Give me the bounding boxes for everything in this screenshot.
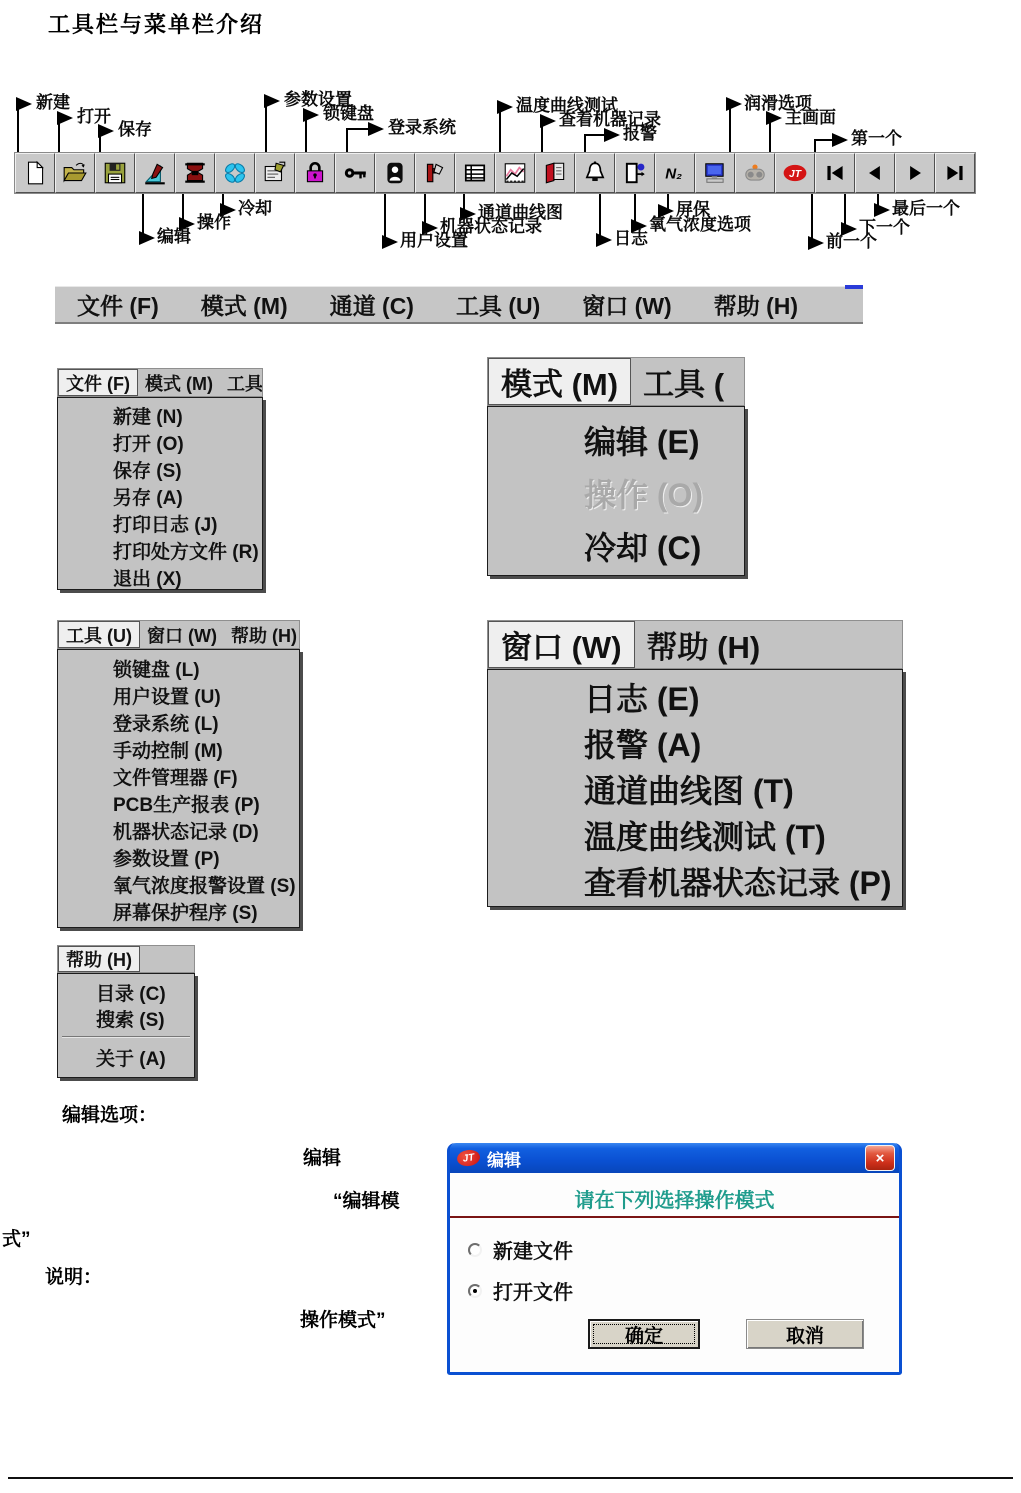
tab-help2[interactable]: 帮助 (H) xyxy=(635,621,773,668)
note-operate-mode: 操作模式” xyxy=(300,1305,386,1332)
callout-operate: 操作 xyxy=(197,213,231,233)
menu-item-param-settings[interactable]: 参数设置 (P) xyxy=(58,844,299,871)
callout-log: 日志 xyxy=(614,229,648,249)
tab-file[interactable]: 文件 (F) xyxy=(58,369,138,396)
edit-dialog: JT 编辑 × 请在下列选择操作模式 新建文件 打开文件 确定 取消 xyxy=(447,1143,902,1375)
callout-open: 打开 xyxy=(77,107,111,127)
tab-help-open[interactable]: 帮助 (H) xyxy=(58,946,140,972)
user-settings-button[interactable] xyxy=(375,153,415,193)
menu-item-machine-record[interactable]: 机器状态记录 (D) xyxy=(58,817,299,844)
last-button[interactable] xyxy=(935,153,975,193)
ok-button[interactable]: 确定 xyxy=(588,1319,700,1349)
callout-last: 最后一个 xyxy=(892,199,960,219)
menubar-item-tools[interactable]: 工具 (U) xyxy=(456,288,540,321)
tools-menu: 工具 (U) 窗口 (W) 帮助 (H) 锁键盘 (L) 用户设置 (U) 登录… xyxy=(57,620,300,928)
key-icon xyxy=(342,160,368,186)
svg-text:JT: JT xyxy=(789,169,802,180)
radio-new-file[interactable]: 新建文件 xyxy=(468,1235,573,1264)
menu-item-operate: 操作 (O) xyxy=(488,466,744,519)
menubar-item-help[interactable]: 帮助 (H) xyxy=(714,288,798,321)
callout-lock-keyboard: 锁键盘 xyxy=(323,104,374,124)
menu-item-exit[interactable]: 退出 (X) xyxy=(58,564,262,591)
prev-button[interactable] xyxy=(855,153,895,193)
cancel-button[interactable]: 取消 xyxy=(746,1319,864,1349)
menu-item-print-recipe[interactable]: 打印处方文件 (R) xyxy=(58,537,262,564)
save-floppy-icon xyxy=(102,160,128,186)
radio-circle-selected[interactable] xyxy=(468,1284,482,1298)
menu-item-save-as[interactable]: 另存 (A) xyxy=(58,483,262,510)
edit-drafting-icon xyxy=(142,160,168,186)
menu-item-lock-keyboard[interactable]: 锁键盘 (L) xyxy=(58,655,299,682)
prev-icon xyxy=(862,160,888,186)
menubar-item-channel[interactable]: 通道 (C) xyxy=(330,288,414,321)
main-screen-button[interactable]: JT xyxy=(775,153,815,193)
menu-item-new[interactable]: 新建 (N) xyxy=(58,402,262,429)
log-button[interactable] xyxy=(615,153,655,193)
callout-next: 下一个 xyxy=(859,218,910,238)
note-mode-suffix: 式” xyxy=(2,1224,31,1251)
tab-mode[interactable]: 模式 (M) xyxy=(138,369,220,396)
manual-page: 工具栏与菜单栏介绍 xyxy=(0,0,1021,1493)
callout-save: 保存 xyxy=(118,120,152,140)
callout-main-screen: 主画面 xyxy=(785,108,836,128)
menu-item-edit[interactable]: 编辑 (E) xyxy=(488,413,744,466)
tab-tools-open[interactable]: 工具 (U) xyxy=(58,621,140,648)
edit-button[interactable] xyxy=(135,153,175,193)
menu-item-alarm[interactable]: 报警 (A) xyxy=(488,720,902,766)
lock-icon xyxy=(302,160,328,186)
tab-window-open[interactable]: 窗口 (W) xyxy=(488,621,635,668)
dialog-title: 编辑 xyxy=(487,1146,865,1171)
menubar-item-file[interactable]: 文件 (F) xyxy=(77,288,159,321)
new-button[interactable] xyxy=(15,153,55,193)
note-edit-options: 编辑选项： xyxy=(62,1100,157,1127)
callout-edit: 编辑 xyxy=(157,227,191,247)
note-edit: 编辑 xyxy=(303,1143,341,1170)
view-machine-record-button[interactable] xyxy=(535,153,575,193)
param-settings-button[interactable] xyxy=(255,153,295,193)
help-menu: 帮助 (H) 目录 (C) 搜索 (S) 关于 (A) xyxy=(57,945,195,1078)
bell-icon xyxy=(582,160,608,186)
callout-alarm: 报警 xyxy=(623,124,657,144)
menu-item-oxygen-alarm[interactable]: 氧气浓度报警设置 (S) xyxy=(58,871,299,898)
file-menu: 文件 (F) 模式 (M) 工具 新建 (N) 打开 (O) 保存 (S) 另存… xyxy=(57,368,263,590)
tab-tools[interactable]: 工具 xyxy=(220,369,263,396)
menubar-item-window[interactable]: 窗口 (W) xyxy=(582,288,671,321)
channel-curve-button[interactable] xyxy=(455,153,495,193)
tab-tools-clip[interactable]: 工具 ( xyxy=(631,358,736,405)
jt-logo-icon: JT xyxy=(781,160,809,186)
page-title: 工具栏与菜单栏介绍 xyxy=(48,8,264,39)
param-settings-icon xyxy=(262,160,288,186)
menu-item-screensaver[interactable]: 屏幕保护程序 (S) xyxy=(58,898,299,925)
lubrication-icon xyxy=(742,160,768,186)
tools-menu-tabs: 工具 (U) 窗口 (W) 帮助 (H) xyxy=(57,620,300,649)
mode-menu: 模式 (M) 工具 ( 编辑 (E) 操作 (O) 冷却 (C) xyxy=(487,357,745,576)
window-menu: 窗口 (W) 帮助 (H) 日志 (E) 报警 (A) 通道曲线图 (T) 温度… xyxy=(487,620,903,907)
menu-item-log[interactable]: 日志 (E) xyxy=(488,674,902,720)
callout-cool: 冷却 xyxy=(238,199,272,219)
machine-record-button[interactable] xyxy=(415,153,455,193)
note-edit-mode: “编辑模 xyxy=(333,1186,400,1213)
menu-item-file-manager[interactable]: 文件管理器 (F) xyxy=(58,763,299,790)
radio-circle-unselected[interactable] xyxy=(468,1243,482,1257)
close-icon[interactable]: × xyxy=(865,1145,895,1171)
menubar-item-mode[interactable]: 模式 (M) xyxy=(201,288,288,321)
screensaver-button[interactable] xyxy=(695,153,735,193)
operate-button[interactable] xyxy=(175,153,215,193)
oxygen-option-button[interactable]: N₂ xyxy=(655,153,695,193)
menu-item-about[interactable]: 关于 (A) xyxy=(58,1043,194,1071)
tools-menu-panel: 锁键盘 (L) 用户设置 (U) 登录系统 (L) 手动控制 (M) 文件管理器… xyxy=(57,649,300,928)
save-button[interactable] xyxy=(95,153,135,193)
note-explain: 说明： xyxy=(45,1262,102,1289)
menu-item-cool[interactable]: 冷却 (C) xyxy=(488,519,744,572)
menu-separator xyxy=(62,1036,190,1038)
radio-label: 新建文件 xyxy=(493,1235,573,1264)
tab-help[interactable]: 帮助 (H) xyxy=(224,621,300,648)
login-button[interactable] xyxy=(335,153,375,193)
dialog-titlebar[interactable]: JT 编辑 × xyxy=(450,1143,899,1173)
callout-login: 登录系统 xyxy=(388,118,456,138)
first-icon xyxy=(822,160,848,186)
open-folder-icon xyxy=(62,160,88,186)
menu-item-save[interactable]: 保存 (S) xyxy=(58,456,262,483)
callout-screensaver: 屏保 xyxy=(676,200,710,220)
mode-menu-tabs: 模式 (M) 工具 ( xyxy=(487,357,745,406)
next-icon xyxy=(902,160,928,186)
footer-rule xyxy=(8,1477,1013,1479)
menu-item-open[interactable]: 打开 (O) xyxy=(58,429,262,456)
menu-item-search[interactable]: 搜索 (S) xyxy=(58,1005,194,1031)
dialog-body: 请在下列选择操作模式 新建文件 打开文件 确定 取消 xyxy=(450,1173,899,1372)
operate-press-icon xyxy=(182,160,208,186)
open-button[interactable] xyxy=(55,153,95,193)
last-icon xyxy=(942,160,968,186)
lubrication-button[interactable] xyxy=(735,153,775,193)
menu-item-view-record[interactable]: 查看机器状态记录 (P) xyxy=(488,858,902,904)
help-menu-tabs: 帮助 (H) xyxy=(57,945,195,973)
menubar: 文件 (F) 模式 (M) 通道 (C) 工具 (U) 窗口 (W) 帮助 (H… xyxy=(55,286,863,324)
machine-record-icon xyxy=(422,160,448,186)
monitor-icon xyxy=(702,160,728,186)
file-menu-tabs: 文件 (F) 模式 (M) 工具 xyxy=(57,368,263,397)
help-menu-panel: 目录 (C) 搜索 (S) 关于 (A) xyxy=(57,973,195,1078)
radio-open-file[interactable]: 打开文件 xyxy=(468,1276,573,1305)
callout-new: 新建 xyxy=(36,93,70,113)
tab-mode-open[interactable]: 模式 (M) xyxy=(488,358,631,405)
menu-item-temp-curve[interactable]: 温度曲线测试 (T) xyxy=(488,812,902,858)
toolbar: N₂ JT xyxy=(14,152,976,194)
tab-window[interactable]: 窗口 (W) xyxy=(140,621,224,648)
svg-text:N₂: N₂ xyxy=(665,165,682,182)
menu-item-pcb-report[interactable]: PCB生产报表 (P) xyxy=(58,790,299,817)
table-icon xyxy=(462,160,488,186)
next-button[interactable] xyxy=(895,153,935,193)
callout-channel-curve: 通道曲线图 xyxy=(478,203,563,223)
dialog-prompt: 请在下列选择操作模式 xyxy=(450,1184,899,1213)
callout-first: 第一个 xyxy=(851,129,902,149)
temp-curve-test-button[interactable] xyxy=(495,153,535,193)
menu-item-channel-curve[interactable]: 通道曲线图 (T) xyxy=(488,766,902,812)
first-button[interactable] xyxy=(815,153,855,193)
lock-keyboard-button[interactable] xyxy=(295,153,335,193)
window-menu-panel: 日志 (E) 报警 (A) 通道曲线图 (T) 温度曲线测试 (T) 查看机器状… xyxy=(487,669,903,907)
blue-mark-decoration xyxy=(845,285,863,289)
window-menu-tabs: 窗口 (W) 帮助 (H) xyxy=(487,620,903,669)
radio-label: 打开文件 xyxy=(493,1276,573,1305)
n2-icon: N₂ xyxy=(662,160,688,186)
dialog-rule xyxy=(450,1216,899,1218)
menu-item-print-log[interactable]: 打印日志 (J) xyxy=(58,510,262,537)
door-exit-icon xyxy=(622,160,648,186)
mode-menu-panel: 编辑 (E) 操作 (O) 冷却 (C) xyxy=(487,406,745,576)
file-menu-panel: 新建 (N) 打开 (O) 保存 (S) 另存 (A) 打印日志 (J) 打印处… xyxy=(57,397,263,590)
new-document-icon xyxy=(22,160,48,186)
user-icon xyxy=(382,160,408,186)
curve-chart-icon xyxy=(502,160,528,186)
cool-fan-icon xyxy=(222,160,248,186)
red-book-icon xyxy=(542,160,568,186)
menu-item-contents[interactable]: 目录 (C) xyxy=(58,979,194,1005)
menu-item-user-settings[interactable]: 用户设置 (U) xyxy=(58,682,299,709)
alarm-button[interactable] xyxy=(575,153,615,193)
jt-logo-icon: JT xyxy=(456,1148,481,1167)
cool-button[interactable] xyxy=(215,153,255,193)
menu-item-login[interactable]: 登录系统 (L) xyxy=(58,709,299,736)
menu-item-manual-control[interactable]: 手动控制 (M) xyxy=(58,736,299,763)
